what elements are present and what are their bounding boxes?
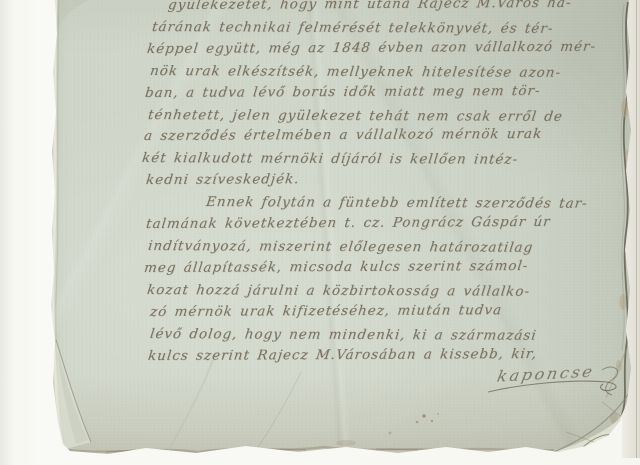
paper-crease — [164, 352, 216, 458]
manuscript-line: zó mérnök urak kifizetéséhez, miután tud… — [149, 299, 630, 323]
handwritten-text-block: gyülekezetet, hogy mint utána Rajecz M.V… — [142, 0, 628, 367]
manuscript-page: gyülekezetet, hogy mint utána Rajecz M.V… — [46, 0, 634, 458]
scanned-manuscript-document: gyülekezetet, hogy mint utána Rajecz M.V… — [0, 0, 640, 465]
ink-stain-dot — [431, 420, 433, 422]
ink-stain-dot — [416, 421, 419, 424]
manuscript-line: gyülekezetet, hogy mint utána Rajecz M.V… — [167, 0, 630, 17]
top-left-corner-shade — [55, 0, 88, 32]
manuscript-line: meg állapítassék, micsoda kulcs szerint … — [143, 255, 630, 279]
bottom-smudge — [336, 440, 356, 446]
bottom-edge-line — [68, 447, 554, 452]
paper-crease — [251, 372, 301, 458]
manuscript-line: kedni szíveskedjék. — [145, 168, 630, 192]
manuscript-line: talmának következtében t. cz. Pongrácz G… — [145, 212, 630, 236]
signature-block: kaponcse — [482, 360, 634, 402]
manuscript-line: ban, a tudva lévő borús idők miatt meg n… — [144, 80, 630, 104]
manuscript-line: képpel együtt, még az 1848 évben azon vá… — [146, 36, 630, 60]
ink-stain-dot — [437, 413, 439, 415]
ink-stain-dot — [422, 414, 425, 417]
signature-underline-flourish — [482, 360, 634, 402]
manuscript-line: a szerződés értelmében a vállalkozó mérn… — [143, 124, 630, 148]
ink-stain-dot — [389, 432, 392, 435]
